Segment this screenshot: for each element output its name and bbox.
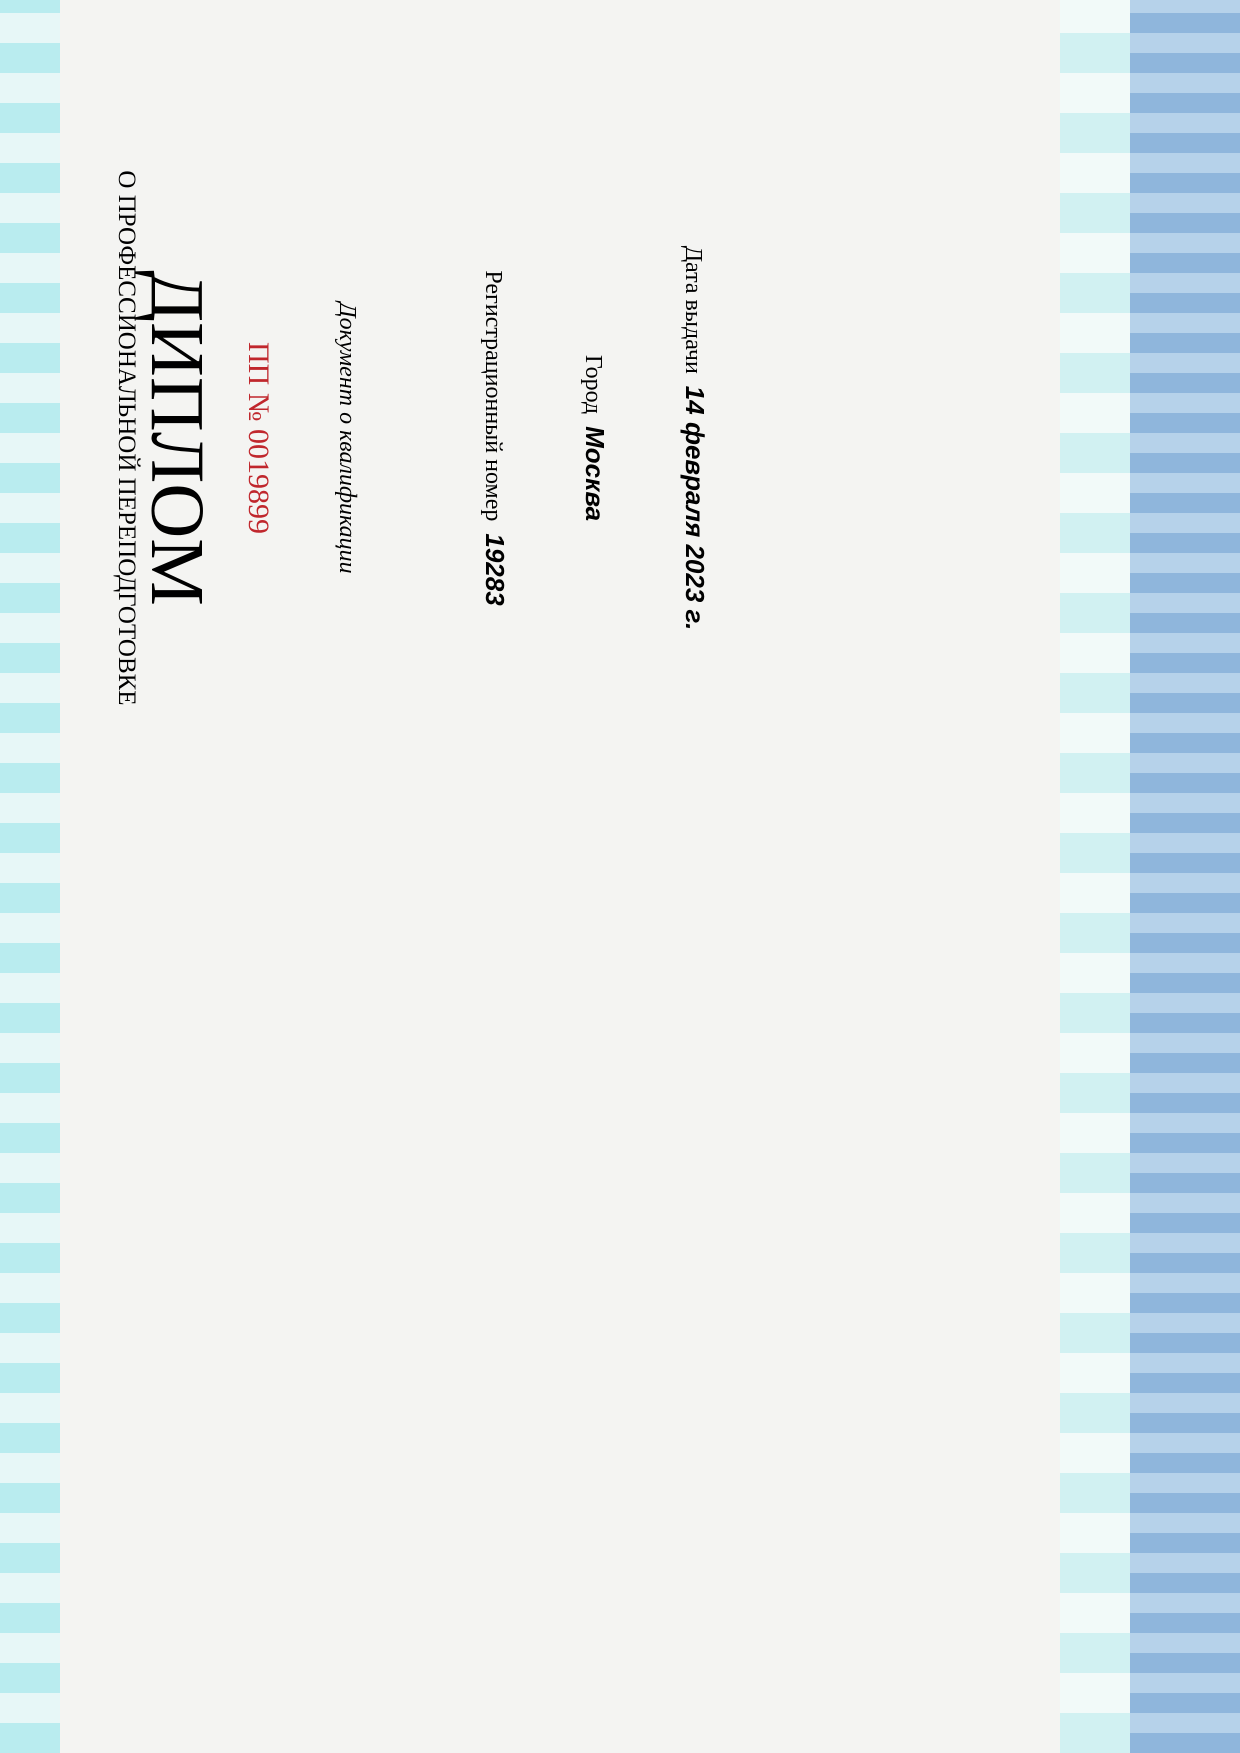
issue-date-value: 14 февраля 2023 г. (680, 386, 710, 631)
issue-date-row: Дата выдачи 14 февраля 2023 г. (679, 0, 710, 876)
registration-number: 19283 (480, 533, 510, 605)
registration-row: Регистрационный номер 19283 (479, 0, 510, 876)
document-type: Документ о квалификации (333, 0, 360, 876)
issue-date-label: Дата выдачи (680, 246, 706, 374)
diploma-subtitle: О ПРОФЕССИОНАЛЬНОЙ ПЕРЕПОДГОТОВКЕ (112, 0, 140, 876)
left-page: ДИПЛОМ О ПРОФЕССИОНАЛЬНОЙ ПЕРЕПОДГОТОВКЕ… (0, 0, 1240, 876)
diploma-title: ДИПЛОМ (133, 0, 220, 876)
diploma-number: ПП № 0019899 (241, 0, 275, 876)
registration-label: Регистрационный номер (480, 270, 506, 521)
diploma-spread: ДИПЛОМ О ПРОФЕССИОНАЛЬНОЙ ПЕРЕПОДГОТОВКЕ… (0, 0, 1240, 1753)
city-value: Москва (580, 426, 610, 521)
city-row: Город Москва (579, 0, 610, 876)
city-label: Город (580, 355, 606, 414)
